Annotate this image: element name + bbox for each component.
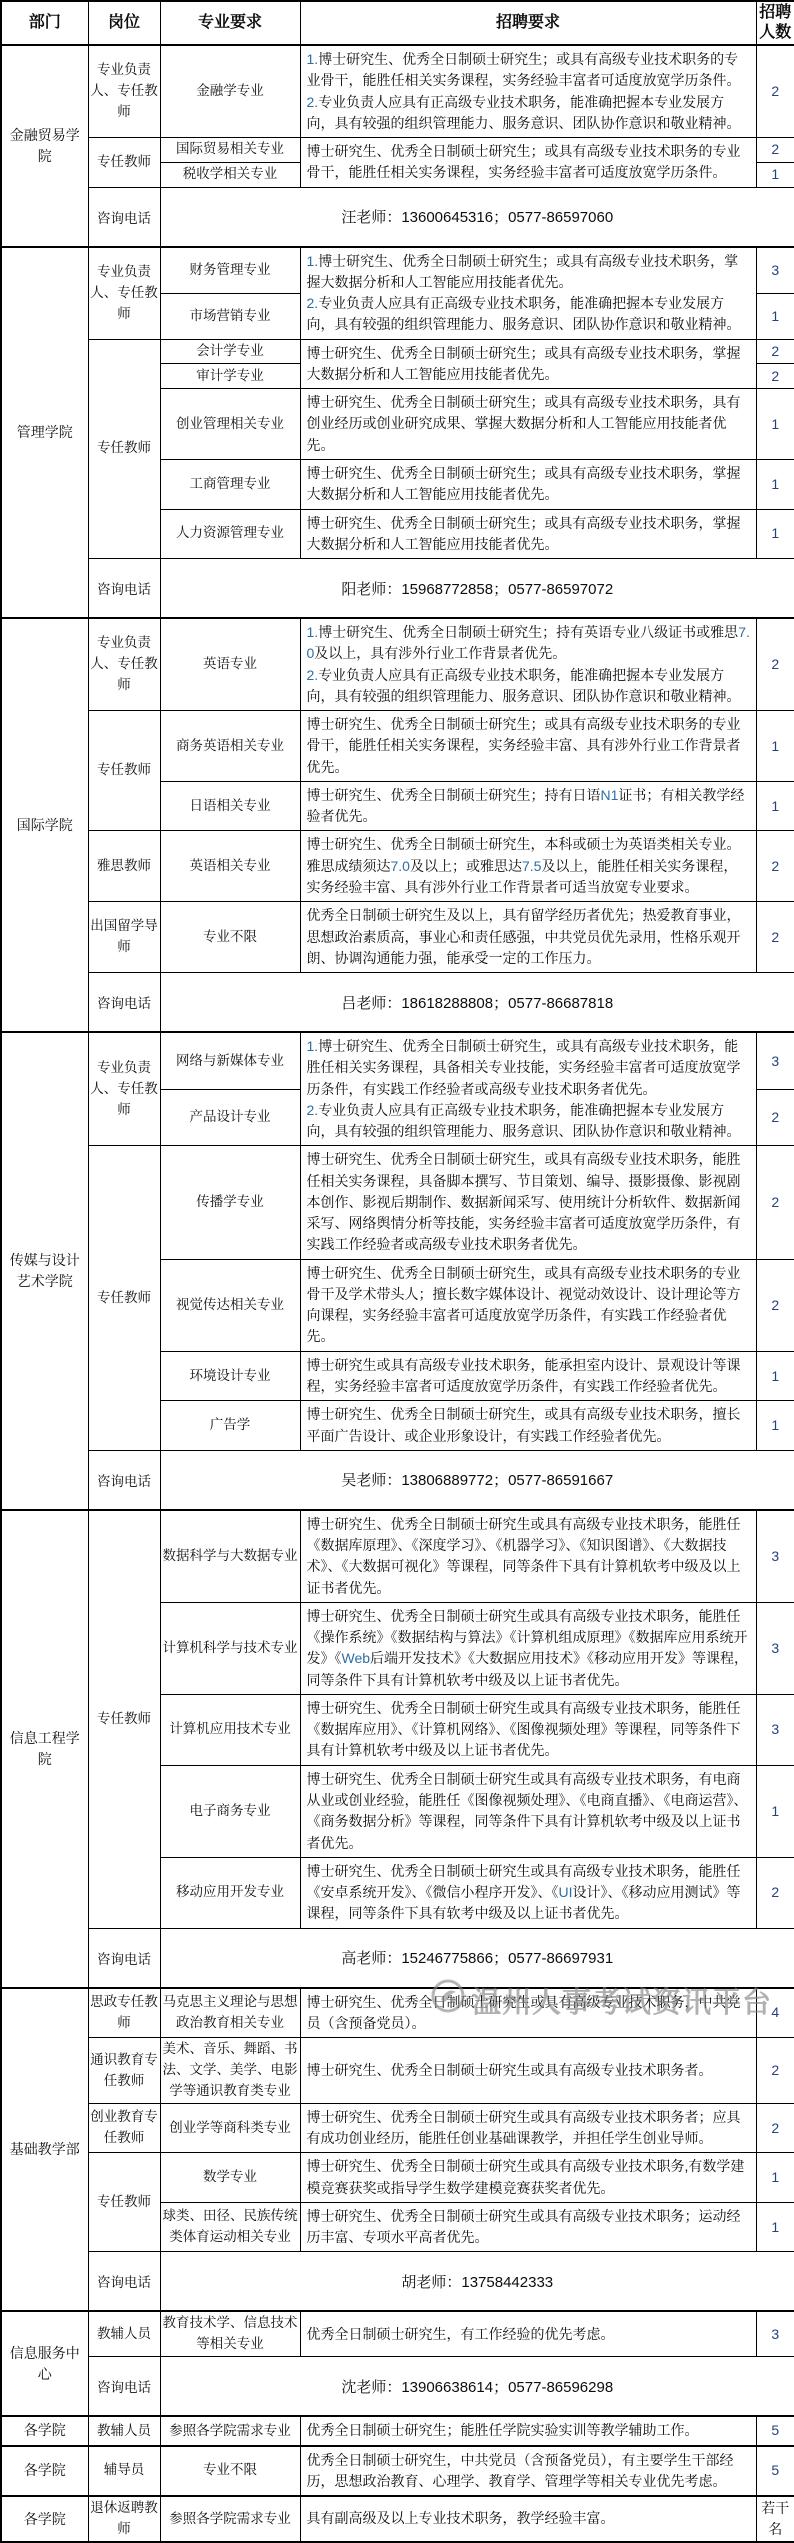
table-row: 咨询电话阳老师：15968772858；0577-86597072 xyxy=(1,559,794,619)
major-cell: 参照各学院需求专业 xyxy=(160,2416,300,2445)
headcount-cell: 3 xyxy=(756,1694,794,1765)
major-cell: 传播学专业 xyxy=(160,1146,300,1259)
major-cell: 市场营销专业 xyxy=(160,293,300,339)
position-cell: 专业负责人、专任教师 xyxy=(88,247,160,340)
headcount-cell: 5 xyxy=(756,2416,794,2445)
major-cell: 视觉传达相关专业 xyxy=(160,1259,300,1351)
department-cell: 各学院 xyxy=(1,2496,88,2542)
table-header-row: 部门岗位专业要求招聘要求招聘人数 xyxy=(1,1,794,45)
headcount-cell: 2 xyxy=(756,2038,794,2104)
requirement-cell: 博士研究生、优秀全日制硕士研究生或具有高级专业技术职务，能胜任《数据库原理》、《… xyxy=(300,1510,756,1603)
department-cell: 信息服务中心 xyxy=(1,2311,88,2416)
table-row: 专任教师国际贸易相关专业博士研究生、优秀全日制硕士研究生；或具有高级专业技术职务… xyxy=(1,138,794,163)
requirement-cell: 博士研究生、优秀全日制硕士研究生；持有日语N1证书；有相关教学经验者优先。 xyxy=(300,781,756,831)
position-cell: 专业负责人、专任教师 xyxy=(88,618,160,711)
table-row: 专任教师商务英语相关专业博士研究生、优秀全日制硕士研究生；或具有高级专业技术职务… xyxy=(1,711,794,782)
table-row: 各学院退休返聘教师参照各学院需求专业具有副高级及以上专业技术职务，教学经验丰富。… xyxy=(1,2496,794,2542)
phone-label-cell: 咨询电话 xyxy=(88,187,160,247)
headcount-cell: 2 xyxy=(756,339,794,364)
table-row: 基础教学部思政专任教师马克思主义理论与思想政治教育相关专业博士研究生、优秀全日制… xyxy=(1,1988,794,2038)
department-cell: 国际学院 xyxy=(1,618,88,1032)
table-row: 专任教师数学专业博士研究生、优秀全日制硕士研究生或具有高级专业技术职务,有数学建… xyxy=(1,2153,794,2203)
requirement-cell: 具有副高级及以上专业技术职务，教学经验丰富。 xyxy=(300,2496,756,2542)
table-row: 各学院辅导员专业不限优秀全日制硕士研究生，中共党员（含预备党员），有主要学生干部… xyxy=(1,2446,794,2497)
headcount-cell: 3 xyxy=(756,1602,794,1694)
requirement-cell: 博士研究生、优秀全日制硕士研究生；或具有高级专业技术职务的专业骨干，能胜任相关实… xyxy=(300,711,756,782)
header-cell: 招聘要求 xyxy=(300,1,756,45)
department-cell: 基础教学部 xyxy=(1,1988,88,2312)
position-cell: 专任教师 xyxy=(88,1146,160,1450)
department-cell: 各学院 xyxy=(1,2446,88,2497)
recruitment-table: 部门岗位专业要求招聘要求招聘人数 金融贸易学院专业负责人、专任教师金融学专业1.… xyxy=(0,0,794,2543)
major-cell: 数学专业 xyxy=(160,2153,300,2203)
table-row: 咨询电话高老师：15246775866；0577-86697931 xyxy=(1,1928,794,1988)
table-row: 咨询电话吕老师：18618288808；0577-86687818 xyxy=(1,973,794,1033)
headcount-cell: 2 xyxy=(756,1090,794,1146)
major-cell: 工商管理专业 xyxy=(160,459,300,509)
phone-value-cell: 汪老师：13600645316；0577-86597060 xyxy=(160,187,794,247)
headcount-cell: 1 xyxy=(756,459,794,509)
major-cell: 审计学专业 xyxy=(160,364,300,389)
position-cell: 雅思教师 xyxy=(88,831,160,902)
requirement-cell: 1.博士研究生、优秀全日制硕士研究生；或具有高级专业技术职务的专业骨干，能胜任相… xyxy=(300,45,756,138)
major-cell: 英语相关专业 xyxy=(160,831,300,902)
department-cell: 信息工程学院 xyxy=(1,1510,88,1988)
position-cell: 思政专任教师 xyxy=(88,1988,160,2038)
headcount-cell: 2 xyxy=(756,831,794,902)
requirement-cell: 优秀全日制硕士研究生；能胜任学院实验实训等教学辅助工作。 xyxy=(300,2416,756,2445)
headcount-cell: 1 xyxy=(756,2153,794,2203)
requirement-cell: 博士研究生、优秀全日制硕士研究生或具有高级专业技术职务，能胜任《操作系统》《数据… xyxy=(300,1602,756,1694)
table-row: 咨询电话沈老师：13906638614；0577-86596298 xyxy=(1,2357,794,2417)
department-cell: 传媒与设计艺术学院 xyxy=(1,1032,88,1510)
requirement-cell: 优秀全日制硕士研究生，中共党员（含预备党员），有主要学生干部经历，思想政治教育、… xyxy=(300,2446,756,2497)
table-row: 信息工程学院专任教师数据科学与大数据专业博士研究生、优秀全日制硕士研究生或具有高… xyxy=(1,1510,794,1603)
major-cell: 金融学专业 xyxy=(160,45,300,138)
position-cell: 专任教师 xyxy=(88,1510,160,1928)
major-cell: 创业学等商科类专业 xyxy=(160,2103,300,2153)
phone-label-cell: 咨询电话 xyxy=(88,2252,160,2312)
phone-label-cell: 咨询电话 xyxy=(88,1928,160,1988)
table-row: 国际学院专业负责人、专任教师英语专业1.博士研究生、优秀全日制硕士研究生；持有英… xyxy=(1,618,794,711)
header-cell: 招聘人数 xyxy=(756,1,794,45)
major-cell: 电子商务专业 xyxy=(160,1765,300,1857)
headcount-cell: 5 xyxy=(756,2446,794,2497)
headcount-cell: 1 xyxy=(756,1351,794,1401)
position-cell: 退休返聘教师 xyxy=(88,2496,160,2542)
table-row: 专任教师传播学专业博士研究生、优秀全日制硕士研究生，或具有高级专业技术职务，能胜… xyxy=(1,1146,794,1259)
headcount-cell: 1 xyxy=(756,293,794,339)
headcount-cell: 1 xyxy=(756,2202,794,2252)
headcount-cell: 2 xyxy=(756,364,794,389)
major-cell: 参照各学院需求专业 xyxy=(160,2496,300,2542)
table-row: 金融贸易学院专业负责人、专任教师金融学专业1.博士研究生、优秀全日制硕士研究生；… xyxy=(1,45,794,138)
headcount-cell: 1 xyxy=(756,711,794,782)
requirement-cell: 博士研究生、优秀全日制硕士研究生；或具有高级专业技术职务，掌握大数据分析和人工智… xyxy=(300,339,756,389)
major-cell: 环境设计专业 xyxy=(160,1351,300,1401)
requirement-cell: 1.博士研究生、优秀全日制硕士研究生；或具有高级专业技术职务，掌握大数据分析和人… xyxy=(300,247,756,340)
major-cell: 英语专业 xyxy=(160,618,300,711)
position-cell: 专业负责人、专任教师 xyxy=(88,45,160,138)
major-cell: 专业不限 xyxy=(160,2446,300,2497)
table-row: 信息服务中心教辅人员教育技术学、信息技术等相关专业优秀全日制硕士研究生，有工作经… xyxy=(1,2311,794,2356)
phone-value-cell: 吕老师：18618288808；0577-86687818 xyxy=(160,973,794,1033)
major-cell: 数据科学与大数据专业 xyxy=(160,1510,300,1603)
requirement-cell: 博士研究生、优秀全日制硕士研究生；或具有高级专业技术职务，掌握大数据分析和人工智… xyxy=(300,459,756,509)
headcount-cell: 1 xyxy=(756,162,794,187)
position-cell: 专业负责人、专任教师 xyxy=(88,1032,160,1146)
table-row: 各学院教辅人员参照各学院需求专业优秀全日制硕士研究生；能胜任学院实验实训等教学辅… xyxy=(1,2416,794,2445)
requirement-cell: 1.博士研究生、优秀全日制硕士研究生；持有英语专业八级证书或雅思7.0及以上，具… xyxy=(300,618,756,711)
major-cell: 移动应用开发专业 xyxy=(160,1857,300,1928)
recruitment-page: 部门岗位专业要求招聘要求招聘人数 金融贸易学院专业负责人、专任教师金融学专业1.… xyxy=(0,0,794,2543)
requirement-cell: 博士研究生、优秀全日制硕士研究生；或具有高级专业技术职务的专业骨干，能胜任相关实… xyxy=(300,138,756,188)
headcount-cell: 2 xyxy=(756,1857,794,1928)
requirement-cell: 博士研究生、优秀全日制硕士研究生或具有高级专业技术职务者；应具有成功创业经历，能… xyxy=(300,2103,756,2153)
requirement-cell: 博士研究生、优秀全日制硕士研究生；或具有高级专业技术职务，掌握大数据分析和人工智… xyxy=(300,509,756,559)
major-cell: 商务英语相关专业 xyxy=(160,711,300,782)
table-row: 雅思教师英语相关专业博士研究生、优秀全日制硕士研究生，本科或硕士为英语类相关专业… xyxy=(1,831,794,902)
requirement-cell: 博士研究生、优秀全日制硕士研究生，或具有高级专业技术职务，擅长平面广告设计、或企… xyxy=(300,1401,756,1451)
headcount-cell: 2 xyxy=(756,618,794,711)
major-cell: 网络与新媒体专业 xyxy=(160,1032,300,1090)
major-cell: 人力资源管理专业 xyxy=(160,509,300,559)
table-row: 咨询电话胡老师：13758442333 xyxy=(1,2252,794,2312)
position-cell: 专任教师 xyxy=(88,2153,160,2252)
headcount-cell: 3 xyxy=(756,1510,794,1603)
table-row: 专任教师会计学专业博士研究生、优秀全日制硕士研究生；或具有高级专业技术职务，掌握… xyxy=(1,339,794,364)
department-cell: 各学院 xyxy=(1,2416,88,2445)
header-cell: 部门 xyxy=(1,1,88,45)
phone-value-cell: 阳老师：15968772858；0577-86597072 xyxy=(160,559,794,619)
major-cell: 会计学专业 xyxy=(160,339,300,364)
phone-label-cell: 咨询电话 xyxy=(88,1450,160,1510)
headcount-cell: 2 xyxy=(756,2103,794,2153)
phone-label-cell: 咨询电话 xyxy=(88,2357,160,2417)
position-cell: 专任教师 xyxy=(88,339,160,558)
requirement-cell: 博士研究生或具有高级专业技术职务，能承担室内设计、景观设计等课程，实务经验丰富者… xyxy=(300,1351,756,1401)
position-cell: 创业教育专任教师 xyxy=(88,2103,160,2153)
position-cell: 教辅人员 xyxy=(88,2311,160,2356)
major-cell: 国际贸易相关专业 xyxy=(160,138,300,163)
requirement-cell: 博士研究生、优秀全日制硕士研究生或具有高级专业技术职务，中共党员（含预备党员）。 xyxy=(300,1988,756,2038)
department-cell: 金融贸易学院 xyxy=(1,45,88,247)
position-cell: 专任教师 xyxy=(88,138,160,188)
phone-label-cell: 咨询电话 xyxy=(88,559,160,619)
table-row: 传媒与设计艺术学院专业负责人、专任教师网络与新媒体专业1.博士研究生、优秀全日制… xyxy=(1,1032,794,1090)
headcount-cell: 3 xyxy=(756,1032,794,1090)
phone-value-cell: 胡老师：13758442333 xyxy=(160,2252,794,2312)
headcount-cell: 1 xyxy=(756,509,794,559)
table-row: 咨询电话吴老师：13806889772；0577-86591667 xyxy=(1,1450,794,1510)
phone-value-cell: 沈老师：13906638614；0577-86596298 xyxy=(160,2357,794,2417)
headcount-cell: 1 xyxy=(756,781,794,831)
requirement-cell: 博士研究生、优秀全日制硕士研究生，或具有高级专业技术职务，能胜任相关实务课程，具… xyxy=(300,1146,756,1259)
position-cell: 专任教师 xyxy=(88,711,160,831)
position-cell: 教辅人员 xyxy=(88,2416,160,2445)
table-body: 金融贸易学院专业负责人、专任教师金融学专业1.博士研究生、优秀全日制硕士研究生；… xyxy=(1,45,794,2542)
headcount-cell: 4 xyxy=(756,1988,794,2038)
requirement-cell: 优秀全日制硕士研究生及以上，具有留学经历者优先；热爱教育事业，思想政治素质高，事… xyxy=(300,902,756,973)
major-cell: 美术、音乐、舞蹈、书法、文学、美学、电影学等通识教育类专业 xyxy=(160,2038,300,2104)
position-cell: 辅导员 xyxy=(88,2446,160,2497)
major-cell: 广告学 xyxy=(160,1401,300,1451)
position-cell: 通识教育专任教师 xyxy=(88,2038,160,2104)
header-cell: 专业要求 xyxy=(160,1,300,45)
headcount-cell: 1 xyxy=(756,1765,794,1857)
headcount-cell: 2 xyxy=(756,138,794,163)
requirement-cell: 博士研究生、优秀全日制硕士研究生，或具有高级专业技术职务的专业骨干及学术带头人；… xyxy=(300,1259,756,1351)
requirement-cell: 博士研究生、优秀全日制硕士研究生或具有高级专业技术职务，能胜任《数据库应用》、《… xyxy=(300,1694,756,1765)
headcount-cell: 2 xyxy=(756,45,794,138)
major-cell: 税收学相关专业 xyxy=(160,162,300,187)
headcount-cell: 2 xyxy=(756,1146,794,1259)
requirement-cell: 优秀全日制硕士研究生，有工作经验的优先考虑。 xyxy=(300,2311,756,2356)
major-cell: 创业管理相关专业 xyxy=(160,389,300,460)
headcount-cell: 3 xyxy=(756,2311,794,2356)
table-row: 创业教育专任教师创业学等商科类专业博士研究生、优秀全日制硕士研究生或具有高级专业… xyxy=(1,2103,794,2153)
major-cell: 专业不限 xyxy=(160,902,300,973)
position-cell: 出国留学导师 xyxy=(88,902,160,973)
requirement-cell: 博士研究生、优秀全日制硕士研究生或具有高级专业技术职务,有数学建模竞赛获奖或指导… xyxy=(300,2153,756,2203)
requirement-cell: 博士研究生、优秀全日制硕士研究生，本科或硕士为英语类相关专业。雅思成绩须达7.0… xyxy=(300,831,756,902)
phone-value-cell: 吴老师：13806889772；0577-86591667 xyxy=(160,1450,794,1510)
requirement-cell: 博士研究生、优秀全日制硕士研究生或具有高级专业技术职务，有电商从业或创业经验，能… xyxy=(300,1765,756,1857)
major-cell: 马克思主义理论与思想政治教育相关专业 xyxy=(160,1988,300,2038)
major-cell: 计算机应用技术专业 xyxy=(160,1694,300,1765)
major-cell: 产品设计专业 xyxy=(160,1090,300,1146)
requirement-cell: 博士研究生、优秀全日制硕士研究生或具有高级专业技术职务者。 xyxy=(300,2038,756,2104)
major-cell: 计算机科学与技术专业 xyxy=(160,1602,300,1694)
headcount-cell: 2 xyxy=(756,1259,794,1351)
requirement-cell: 博士研究生、优秀全日制硕士研究生或具有高级专业技术职务；运动经历丰富、专项水平高… xyxy=(300,2202,756,2252)
major-cell: 球类、田径、民族传统类体育运动相关专业 xyxy=(160,2202,300,2252)
headcount-cell: 2 xyxy=(756,902,794,973)
requirement-cell: 1.博士研究生、优秀全日制硕士研究生，或具有高级专业技术职务，能胜任相关实务课程… xyxy=(300,1032,756,1146)
table-row: 通识教育专任教师美术、音乐、舞蹈、书法、文学、美学、电影学等通识教育类专业博士研… xyxy=(1,2038,794,2104)
table-header: 部门岗位专业要求招聘要求招聘人数 xyxy=(1,1,794,45)
headcount-cell: 3 xyxy=(756,247,794,294)
requirement-cell: 博士研究生、优秀全日制硕士研究生；或具有高级专业技术职务，具有创业经历或创业研究… xyxy=(300,389,756,460)
phone-label-cell: 咨询电话 xyxy=(88,973,160,1033)
major-cell: 日语相关专业 xyxy=(160,781,300,831)
table-row: 管理学院专业负责人、专任教师财务管理专业1.博士研究生、优秀全日制硕士研究生；或… xyxy=(1,247,794,294)
major-cell: 教育技术学、信息技术等相关专业 xyxy=(160,2311,300,2356)
table-row: 出国留学导师专业不限优秀全日制硕士研究生及以上，具有留学经历者优先；热爱教育事业… xyxy=(1,902,794,973)
headcount-cell: 1 xyxy=(756,1401,794,1451)
major-cell: 财务管理专业 xyxy=(160,247,300,294)
department-cell: 管理学院 xyxy=(1,247,88,618)
header-cell: 岗位 xyxy=(88,1,160,45)
phone-value-cell: 高老师：15246775866；0577-86697931 xyxy=(160,1928,794,1988)
requirement-cell: 博士研究生、优秀全日制硕士研究生或具有高级专业技术职务，能胜任《安卓系统开发》、… xyxy=(300,1857,756,1928)
headcount-cell: 若干名 xyxy=(756,2496,794,2542)
headcount-cell: 1 xyxy=(756,389,794,460)
table-row: 咨询电话汪老师：13600645316；0577-86597060 xyxy=(1,187,794,247)
